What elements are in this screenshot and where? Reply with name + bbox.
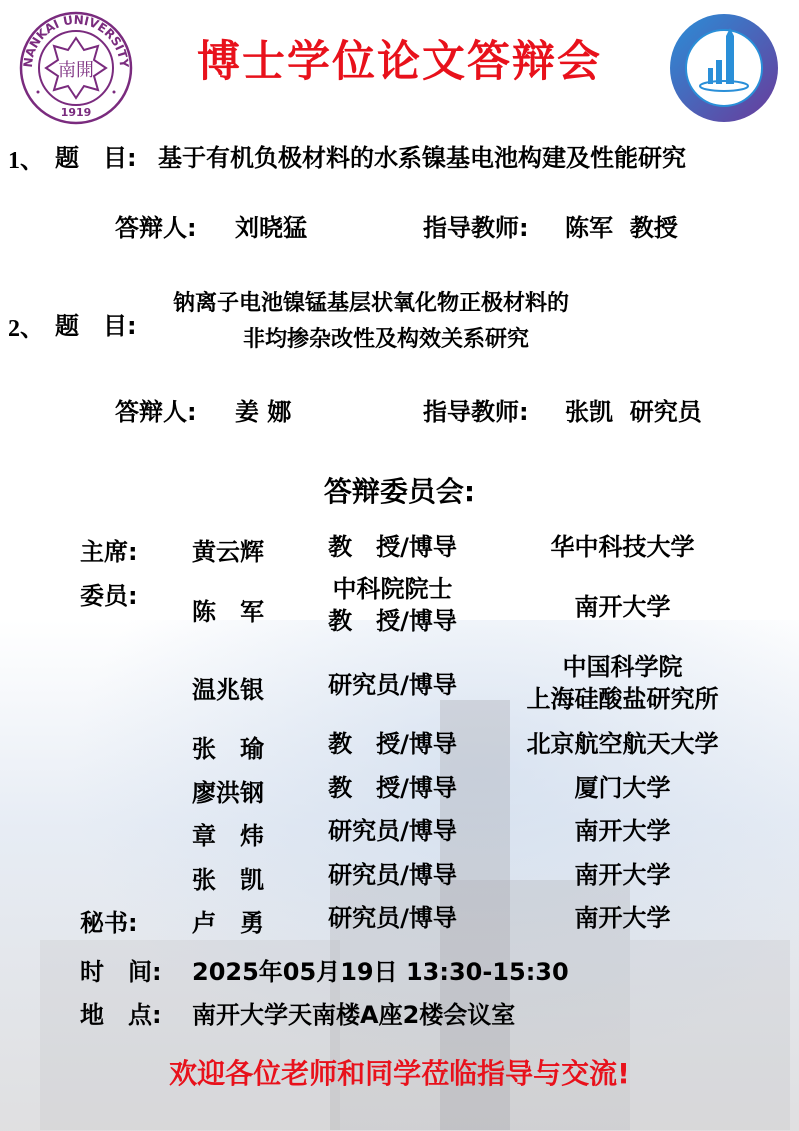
member-name: 章 炜	[192, 816, 282, 851]
defense-2-title-line-2: 非均掺杂改性及构效关系研究	[243, 322, 529, 353]
defense-2-advisor-label: 指导教师:	[423, 392, 529, 427]
member-name: 陈 军	[192, 592, 282, 627]
event-time: 2025年05月19日 13:30-15:30	[192, 952, 569, 987]
member-title-line-1: 中科院院士	[310, 574, 475, 604]
defense-1-advisor: 陈军 教授	[565, 208, 678, 243]
member-title: 研究员/博导	[310, 860, 475, 890]
event-place: 南开大学天南楼A座2楼会议室	[192, 995, 515, 1030]
member-title: 研究员/博导	[310, 816, 475, 846]
defense-2-candidate: 姜 娜	[235, 392, 291, 427]
member-institution-line-2: 上海硅酸盐研究所	[500, 684, 745, 714]
state-key-lab-logo	[668, 12, 780, 124]
member-title: 教 授/博导	[310, 729, 475, 759]
member-institution: 厦门大学	[500, 773, 745, 803]
place-label: 地 点:	[80, 995, 162, 1030]
defense-1-topic-label: 题 目:	[55, 138, 137, 173]
member-title: 研究员/博导	[310, 670, 475, 700]
member-name: 廖洪钢	[192, 773, 282, 808]
member-institution: 南开大学	[500, 816, 745, 846]
defense-1-candidate: 刘晓猛	[235, 208, 307, 243]
defense-1-advisor-label: 指导教师:	[423, 208, 529, 243]
member-name: 温兆银	[192, 670, 282, 705]
role-secretary: 秘书:	[80, 903, 138, 938]
member-name: 张 凯	[192, 860, 282, 895]
member-title: 研究员/博导	[310, 903, 475, 933]
member-title: 教 授/博导	[310, 773, 475, 803]
member-name: 黄云辉	[192, 532, 282, 567]
member-institution: 南开大学	[500, 592, 745, 622]
member-institution-line-1: 中国科学院	[500, 652, 745, 682]
member-title: 教 授/博导	[310, 532, 475, 562]
building-right-wing	[630, 940, 790, 1130]
defense-1-number: 1、	[8, 140, 44, 175]
defense-2-candidate-label: 答辩人:	[115, 392, 197, 427]
defense-2-topic-label: 题 目:	[55, 306, 137, 341]
defense-1-title: 基于有机负极材料的水系镍基电池构建及性能研究	[158, 138, 686, 173]
defense-1-candidate-label: 答辩人:	[115, 208, 197, 243]
time-label: 时 间:	[80, 952, 162, 987]
welcome-message: 欢迎各位老师和同学莅临指导与交流!	[0, 1052, 799, 1092]
member-institution: 华中科技大学	[500, 532, 745, 562]
svg-text:1919: 1919	[61, 106, 92, 119]
member-institution: 北京航空航天大学	[500, 729, 745, 759]
member-name: 卢 勇	[192, 903, 282, 938]
committee-heading: 答辩委员会:	[0, 470, 799, 510]
member-name: 张 瑜	[192, 729, 282, 764]
role-chair: 主席:	[80, 532, 138, 567]
role-members: 委员:	[80, 576, 138, 611]
member-institution: 南开大学	[500, 903, 745, 933]
defense-2-number: 2、	[8, 308, 44, 343]
member-institution: 南开大学	[500, 860, 745, 890]
defense-2-title-line-1: 钠离子电池镍锰基层状氧化物正极材料的	[173, 286, 569, 317]
member-title-line-2: 教 授/博导	[310, 606, 475, 636]
defense-2-advisor: 张凯 研究员	[565, 392, 702, 427]
